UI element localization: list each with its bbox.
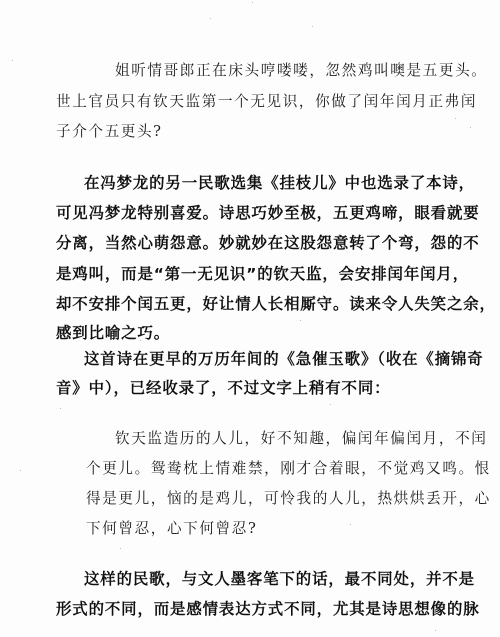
paragraph1-line-5: 却不安排个闰五更，好让情人长相厮守。读来令人失笑之余， [56,294,496,314]
scan-speck [20,470,21,471]
poem2-line-4: 下何曾忍，心下何曾忍? [86,519,257,539]
paragraph3-line-2: 形式的不同，而是感情表达方式不同，尤其是诗思想像的脉 [56,599,480,619]
scan-speck [12,60,13,61]
paragraph1-line-4: 是鸡叫，而是“第一无见识”的钦天监，会安排闰年闰月， [56,264,469,284]
poem1-line-1: 姐听情哥郎正在床头哼喽喽，忽然鸡叫噢是五更头。 [115,61,487,81]
scan-speck [430,180,431,181]
poem2-line-2: 个更儿。鸳鸯枕上情难禁，刚才合着眼，不觉鸡又鸣。恨 [86,459,491,479]
scan-speck [470,127,471,128]
paragraph2-line-1: 这首诗在更早的万历年间的《急催玉歌》（收在《摘锦奇 [84,349,484,369]
paragraph1-line-1: 在冯梦龙的另一民歌选集《挂枝儿》中也选录了本诗， [84,173,475,193]
scan-speck [455,118,456,119]
scan-speck [300,320,301,321]
paragraph1-line-2: 可见冯梦龙特别喜爱。诗思巧妙至极，五更鸡啼，眼看就要 [56,203,480,223]
paragraph2-line-2: 音》中），已经收录了，不过文字上稍有不同： [56,378,390,398]
scan-speck [440,575,441,576]
scan-speck [252,2,253,3]
paragraph3-line-1: 这样的民歌，与文人墨客笔下的话，最不同处，并不是 [84,569,475,589]
scan-speck [435,630,436,631]
poem2-line-1: 钦天监造历的人儿，好不知趣，偏闰年偏闰月，不闰 [115,429,487,449]
paragraph1-line-6: 感到比喻之巧。 [56,323,170,343]
scan-speck [120,548,121,549]
scan-speck [60,408,61,409]
scan-speck [350,524,351,525]
paragraph1-line-3: 分离，当然心萌怨意。妙就妙在这股怨意转了个弯，怨的不 [56,233,480,253]
poem2-line-3: 得是更儿，恼的是鸡儿，可怜我的人儿，热烘烘丢开，心 [86,489,491,509]
scan-speck [312,26,313,27]
scan-speck [140,340,141,341]
scan-speck [210,18,211,19]
poem1-line-2: 世上官员只有钦天监第一个无见识，你做了闰年闰月正弗闰 [56,92,477,112]
scan-speck [330,404,331,405]
scanned-book-page: 姐听情哥郎正在床头哼喽喽，忽然鸡叫噢是五更头。 世上官员只有钦天监第一个无见识，… [0,0,500,637]
poem1-line-3: 子介个五更头? [56,122,163,142]
